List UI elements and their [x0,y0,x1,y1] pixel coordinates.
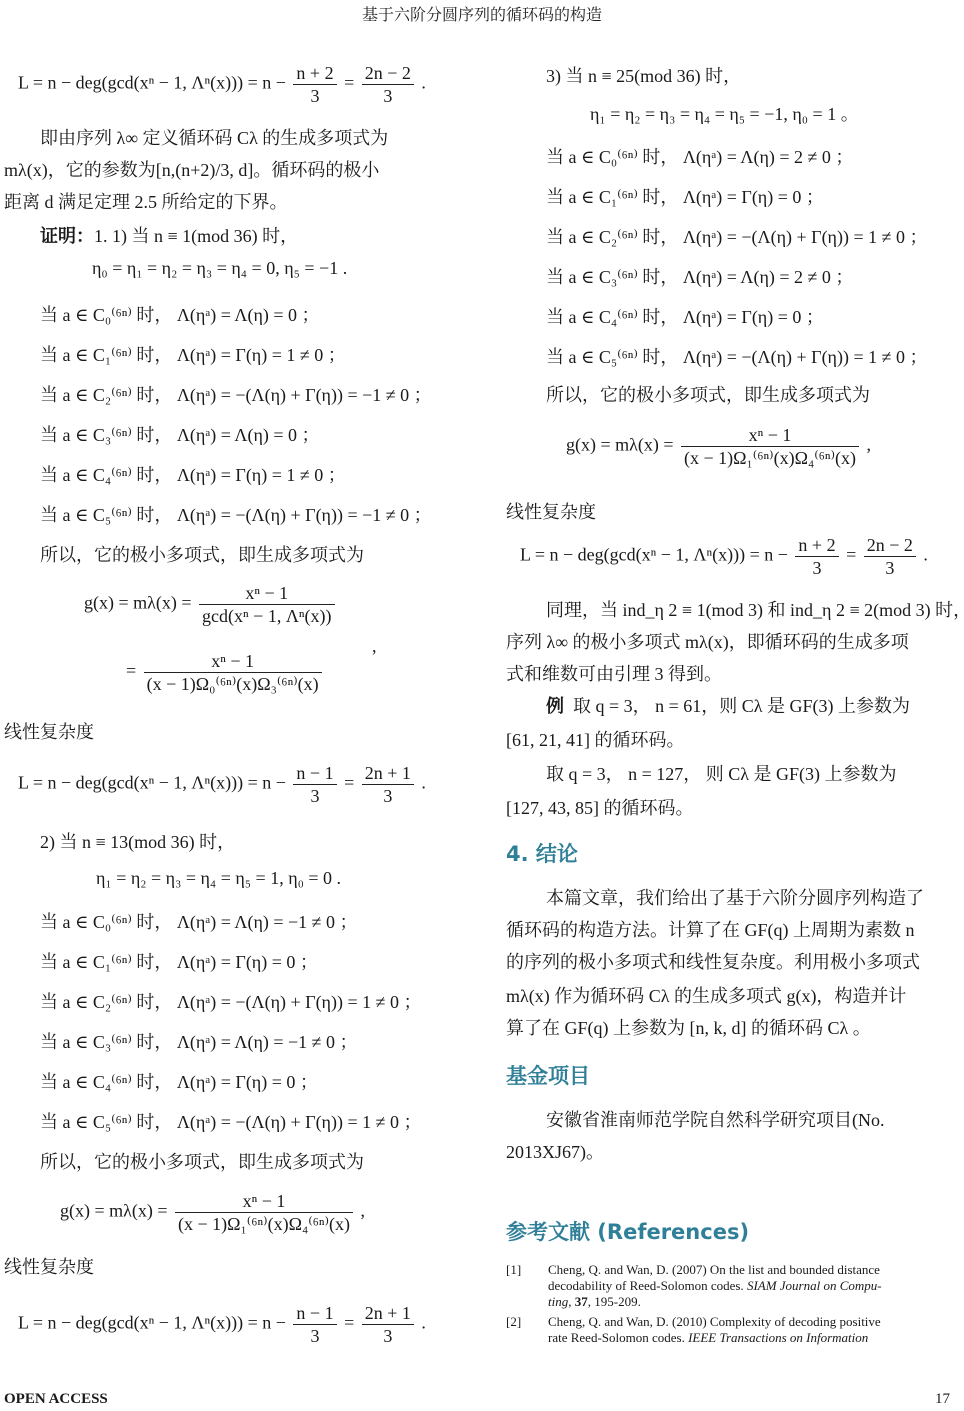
case-title: 1. 1) 当 n ≡ 1(mod 36) 时， [94,226,298,246]
fraction: n − 13 [293,762,336,807]
section-heading-conclusion: 4. 结论 [506,838,578,868]
reference-text: decodability of Reed-Solomon codes. [548,1278,747,1293]
case-row: 当 a ∈ C₃⁽⁶ⁿ⁾ 时， Λ(ηᵃ) = Λ(η) = −1 ≠ 0 ； [40,1030,358,1054]
paragraph-line: 即由序列 λ∞ 定义循环码 Cλ 的生成多项式为 [40,126,388,150]
paragraph-line: 的序列的极小多项式和线性复杂度。利用极小多项式 [506,950,920,974]
fraction-denominator: (x − 1)Ω₁⁽⁶ⁿ⁾(x)Ω₄⁽⁶ⁿ⁾(x) [681,447,859,469]
equals: = [344,73,354,93]
fraction-denominator: (x − 1)Ω₁⁽⁶ⁿ⁾(x)Ω₄⁽⁶ⁿ⁾(x) [175,1213,353,1235]
fraction-numerator: 2n − 2 [362,62,414,85]
fraction-numerator: xⁿ − 1 [144,650,322,673]
fraction: xⁿ − 1(x − 1)Ω₁⁽⁶ⁿ⁾(x)Ω₄⁽⁶ⁿ⁾(x) [175,1190,353,1235]
therefore-text: 所以，它的极小多项式，即生成多项式为 [546,383,870,407]
equation-lhs: L = n − deg(gcd(xⁿ − 1, Λⁿ(x))) = n − [18,1313,286,1333]
fraction-numerator: n − 1 [293,762,336,785]
example1-line: 例 取 q = 3， n = 61，则 Cλ 是 GF(3) 上参数为 [546,694,910,719]
equals: = [846,545,856,565]
case-row: 当 a ∈ C₅⁽⁶ⁿ⁾ 时， Λ(ηᵃ) = −(Λ(η) + Γ(η)) =… [40,1110,422,1134]
proof-case1-line: 证明：1. 1) 当 n ≡ 1(mod 36) 时， [40,224,298,249]
fraction: 2n + 13 [362,1302,414,1347]
period: . [421,1313,426,1333]
fraction: n − 13 [293,1302,336,1347]
fraction-denominator: (x − 1)Ω₀⁽⁶ⁿ⁾(x)Ω₃⁽⁶ⁿ⁾(x) [144,673,322,695]
reference-line: ting, 37, 195-209. [548,1294,964,1310]
case-row: 当 a ∈ C₀⁽⁶ⁿ⁾ 时， Λ(ηᵃ) = Λ(η) = 0 ； [40,303,320,327]
paragraph-line: 安徽省淮南师范学院自然科学研究项目(No. [546,1108,885,1132]
running-header-title: 基于六阶分圆序列的循环码的构造 [0,2,964,25]
paragraph-line: 式和维数可由引理 3 得到。 [506,662,722,686]
paragraph-line: 距离 d 满足定理 2.5 所给定的下界。 [4,190,288,214]
fraction: xⁿ − 1(x − 1)Ω₀⁽⁶ⁿ⁾(x)Ω₃⁽⁶ⁿ⁾(x) [144,650,322,695]
example-text: 取 q = 3， n = 61，则 Cλ 是 GF(3) 上参数为 [573,696,910,716]
comma: , [867,435,872,455]
case-row: 当 a ∈ C₅⁽⁶ⁿ⁾ 时， Λ(ηᵃ) = −(Λ(η) + Γ(η)) =… [40,503,432,527]
paragraph-line: 同理，当 ind_η 2 ≡ 1(mod 3) 和 ind_η 2 ≡ 2(mo… [546,598,964,622]
reference-line: Cheng, Q. and Wan, D. (2010) Complexity … [548,1314,964,1330]
equation-lhs: g(x) = mλ(x) = [84,593,192,613]
period: . [923,545,928,565]
equation-lhs: g(x) = mλ(x) = [566,435,674,455]
case-row: 当 a ∈ C₁⁽⁶ⁿ⁾ 时， Λ(ηᵃ) = Γ(η) = 0 ； [546,185,824,209]
equation-lhs: L = n − deg(gcd(xⁿ − 1, Λⁿ(x))) = n − [520,545,788,565]
fraction-denominator: 3 [293,1325,336,1347]
case-row: 当 a ∈ C₂⁽⁶ⁿ⁾ 时， Λ(ηᵃ) = −(Λ(η) + Γ(η)) =… [40,990,422,1014]
therefore-text: 所以，它的极小多项式，即生成多项式为 [40,543,364,567]
fraction-denominator: 3 [362,1325,414,1347]
case-title: 3) 当 n ≡ 25(mod 36) 时， [546,64,741,88]
fraction-numerator: n + 2 [293,62,336,85]
reference-number: [1] [506,1262,521,1278]
fraction-denominator: 3 [362,785,414,807]
fraction-denominator: 3 [293,85,336,107]
fraction-denominator: 3 [795,557,838,579]
eta-values: η₁ = η₂ = η₃ = η₄ = η₅ = −1, η₀ = 1 。 [590,102,859,126]
case-title: 2) 当 n ≡ 13(mod 36) 时， [40,830,235,854]
fraction-numerator: 2n + 1 [362,762,414,785]
fraction-numerator: n − 1 [293,1302,336,1325]
fraction: 2n + 13 [362,762,414,807]
section-heading-funding: 基金项目 [506,1060,590,1090]
reference-body: Cheng, Q. and Wan, D. (2007) On the list… [548,1262,964,1310]
volume: 37 [575,1294,588,1309]
reference-line: decodability of Reed-Solomon codes. SIAM… [548,1278,964,1294]
equation-linear-complexity-case1: L = n − deg(gcd(xⁿ − 1, Λⁿ(x))) = n − n … [18,762,426,807]
reference-text: rate Reed-Solomon codes. [548,1330,688,1345]
case-row: 当 a ∈ C₃⁽⁶ⁿ⁾ 时， Λ(ηᵃ) = Λ(η) = 2 ≠ 0 ； [546,265,853,289]
paragraph-line: 取 q = 3， n = 127， 则 Cλ 是 GF(3) 上参数为 [546,762,897,786]
comma: , [361,1201,366,1221]
generator-polynomial-equation-case3: g(x) = mλ(x) = xⁿ − 1(x − 1)Ω₁⁽⁶ⁿ⁾(x)Ω₄⁽… [566,424,871,469]
equation-lhs: L = n − deg(gcd(xⁿ − 1, Λⁿ(x))) = n − [18,73,286,93]
fraction: xⁿ − 1(x − 1)Ω₁⁽⁶ⁿ⁾(x)Ω₄⁽⁶ⁿ⁾(x) [681,424,859,469]
generator-polynomial-equation-case2: g(x) = mλ(x) = xⁿ − 1(x − 1)Ω₁⁽⁶ⁿ⁾(x)Ω₄⁽… [60,1190,365,1235]
case-row: 当 a ∈ C₀⁽⁶ⁿ⁾ 时， Λ(ηᵃ) = Λ(η) = 2 ≠ 0 ； [546,145,853,169]
eta-values: η₀ = η₁ = η₂ = η₃ = η₄ = 0, η₅ = −1 . [92,256,347,280]
linear-complexity-label: 线性复杂度 [506,500,596,524]
paragraph-line: mλ(x)，它的参数为[n,(n+2)/3, d]。循环码的极小 [4,158,379,182]
reference-body: Cheng, Q. and Wan, D. (2010) Complexity … [548,1314,964,1346]
comma: , [372,634,377,658]
reference-line: Cheng, Q. and Wan, D. (2007) On the list… [548,1262,964,1278]
example-label: 例 [546,696,564,717]
fraction-denominator: gcd(xⁿ − 1, Λⁿ(x)) [199,605,335,627]
case-row: 当 a ∈ C₀⁽⁶ⁿ⁾ 时， Λ(ηᵃ) = Λ(η) = −1 ≠ 0 ； [40,910,358,934]
fraction: 2n − 23 [864,534,916,579]
equation-lhs: g(x) = mλ(x) = [60,1201,168,1221]
therefore-text: 所以，它的极小多项式，即生成多项式为 [40,1150,364,1174]
equals: = [126,661,136,681]
footer-open-access: OPEN ACCESS [4,1391,108,1408]
case-row: 当 a ∈ C₄⁽⁶ⁿ⁾ 时， Λ(ηᵃ) = Γ(η) = 0 ； [546,305,824,329]
fraction-numerator: xⁿ − 1 [681,424,859,447]
equals: = [344,773,354,793]
paragraph-line: mλ(x) 作为循环码 Cλ 的生成多项式 g(x)，构造并计 [506,984,906,1008]
case-row: 当 a ∈ C₃⁽⁶ⁿ⁾ 时， Λ(ηᵃ) = Λ(η) = 0 ； [40,423,320,447]
fraction: n + 23 [293,62,336,107]
case-row: 当 a ∈ C₅⁽⁶ⁿ⁾ 时， Λ(ηᵃ) = −(Λ(η) + Γ(η)) =… [546,345,928,369]
reference-line: rate Reed-Solomon codes. IEEE Transactio… [548,1330,964,1346]
fraction-numerator: 2n − 2 [864,534,916,557]
case-row: 当 a ∈ C₁⁽⁶ⁿ⁾ 时， Λ(ηᵃ) = Γ(η) = 1 ≠ 0 ； [40,343,346,367]
paragraph-line: 序列 λ∞ 的极小多项式 mλ(x)，即循环码的生成多项 [506,630,909,654]
reference-item: [2] Cheng, Q. and Wan, D. (2010) Complex… [506,1314,964,1348]
eta-values: η₁ = η₂ = η₃ = η₄ = η₅ = 1, η₀ = 0 . [96,866,341,890]
fraction-denominator: 3 [362,85,414,107]
case-row: 当 a ∈ C₂⁽⁶ⁿ⁾ 时， Λ(ηᵃ) = −(Λ(η) + Γ(η)) =… [40,383,432,407]
page-number: 17 [935,1391,950,1408]
fraction-denominator: 3 [293,785,336,807]
equals: = [344,1313,354,1333]
fraction-denominator: 3 [864,557,916,579]
reference-item: [1] Cheng, Q. and Wan, D. (2007) On the … [506,1262,964,1312]
equation-linear-complexity-top: L = n − deg(gcd(xⁿ − 1, Λⁿ(x))) = n − n … [18,62,426,107]
equation-lhs: L = n − deg(gcd(xⁿ − 1, Λⁿ(x))) = n − [18,773,286,793]
section-heading-references: 参考文献 (References) [506,1216,749,1246]
fraction-numerator: xⁿ − 1 [199,582,335,605]
paragraph-line: [127, 43, 85] 的循环码。 [506,796,694,820]
case-row: 当 a ∈ C₂⁽⁶ⁿ⁾ 时， Λ(ηᵃ) = −(Λ(η) + Γ(η)) =… [546,225,928,249]
paragraph-line: [61, 21, 41] 的循环码。 [506,728,685,752]
case-row: 当 a ∈ C₁⁽⁶ⁿ⁾ 时， Λ(ηᵃ) = Γ(η) = 0 ； [40,950,318,974]
paragraph-line: 循环码的构造方法。计算了在 GF(q) 上周期为素数 n [506,918,915,942]
pages: , 195-209. [588,1294,641,1309]
fraction-numerator: n + 2 [795,534,838,557]
equation-linear-complexity-case2: L = n − deg(gcd(xⁿ − 1, Λⁿ(x))) = n − n … [18,1302,426,1347]
journal-name: ting [548,1294,568,1309]
fraction-numerator: xⁿ − 1 [175,1190,353,1213]
linear-complexity-label: 线性复杂度 [4,720,94,744]
fraction-numerator: 2n + 1 [362,1302,414,1325]
fraction: n + 23 [795,534,838,579]
paragraph-line: 本篇文章，我们给出了基于六阶分圆序列构造了 [546,886,924,910]
generator-polynomial-equation-2: = xⁿ − 1(x − 1)Ω₀⁽⁶ⁿ⁾(x)Ω₃⁽⁶ⁿ⁾(x) [126,650,325,695]
paragraph-line: 2013XJ67)。 [506,1140,604,1164]
linear-complexity-label: 线性复杂度 [4,1255,94,1279]
reference-number: [2] [506,1314,521,1330]
period: . [421,773,426,793]
proof-label: 证明： [40,226,94,247]
journal-name: SIAM Journal on Compu- [747,1278,882,1293]
generator-polynomial-equation: g(x) = mλ(x) = xⁿ − 1gcd(xⁿ − 1, Λⁿ(x)) [84,582,338,627]
paragraph-line: 算了在 GF(q) 上参数为 [n, k, d] 的循环码 Cλ 。 [506,1016,871,1040]
fraction: 2n − 23 [362,62,414,107]
fraction: xⁿ − 1gcd(xⁿ − 1, Λⁿ(x)) [199,582,335,627]
case-row: 当 a ∈ C₄⁽⁶ⁿ⁾ 时， Λ(ηᵃ) = Γ(η) = 1 ≠ 0 ； [40,463,346,487]
journal-name: IEEE Transactions on Information [688,1330,868,1345]
case-row: 当 a ∈ C₄⁽⁶ⁿ⁾ 时， Λ(ηᵃ) = Γ(η) = 0 ； [40,1070,318,1094]
period: . [421,73,426,93]
equation-linear-complexity-case3: L = n − deg(gcd(xⁿ − 1, Λⁿ(x))) = n − n … [520,534,928,579]
